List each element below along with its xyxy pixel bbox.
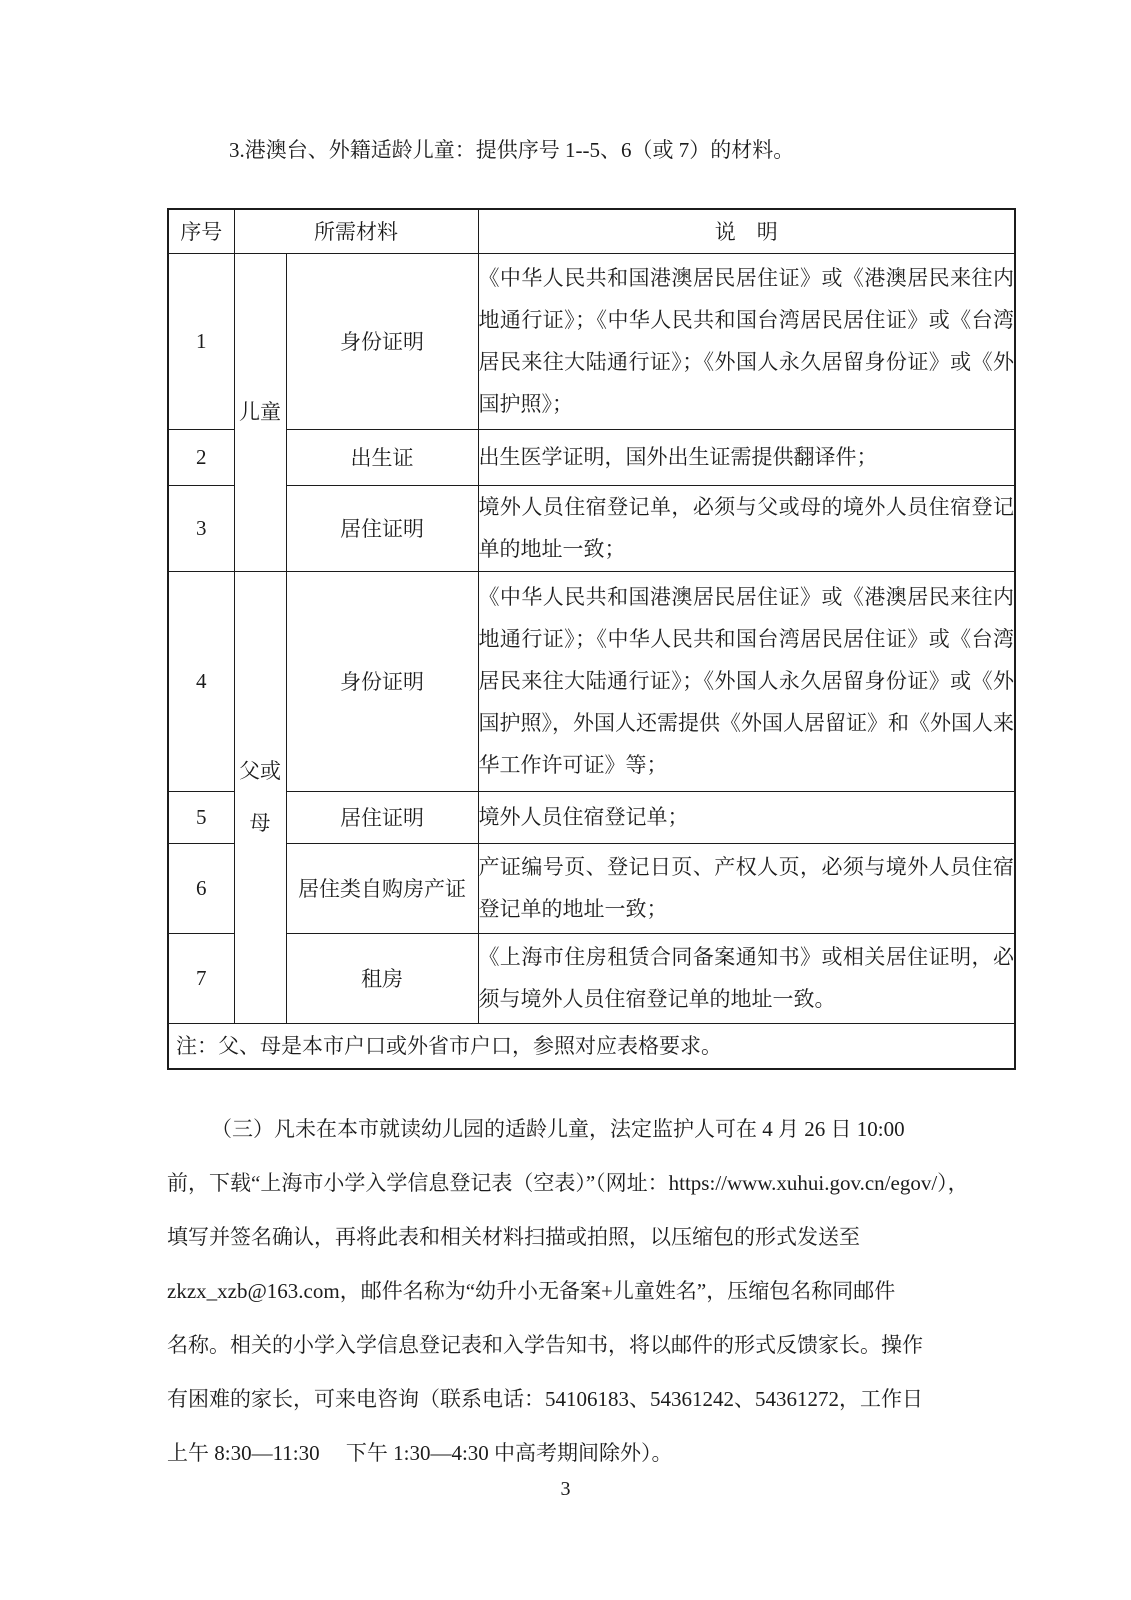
materials-table: 序号 所需材料 说 明 1 儿童 身份证明 《中华人民共和国港澳居民居住证》或《…	[167, 208, 1016, 1070]
group-cell-parent: 父或母	[234, 571, 286, 1023]
paragraph: （三）凡未在本市就读幼儿园的适龄儿童，法定监护人可在 4 月 26 日 10:0…	[167, 1102, 1014, 1480]
paragraph-line: 名称。相关的小学入学信息登记表和入学告知书，将以邮件的形式反馈家长。操作	[167, 1318, 1014, 1372]
description-cell: 境外人员住宿登记单，必须与父或母的境外人员住宿登记单的地址一致；	[478, 485, 1015, 571]
paragraph-line: 填写并签名确认，再将此表和相关材料扫描或拍照，以压缩包的形式发送至	[167, 1210, 1014, 1264]
material-cell: 居住类自购房产证	[286, 843, 478, 933]
description-cell: 出生医学证明，国外出生证需提供翻译件；	[478, 429, 1015, 485]
material-cell: 居住证明	[286, 791, 478, 843]
table-note-row: 注：父、母是本市户口或外省市户口，参照对应表格要求。	[168, 1023, 1015, 1069]
material-cell: 出生证	[286, 429, 478, 485]
document-page: 3.港澳台、外籍适龄儿童：提供序号 1--5、6（或 7）的材料。 序号 所需材…	[167, 0, 1014, 1480]
description-cell: 《中华人民共和国港澳居民居住证》或《港澳居民来往内地通行证》；《中华人民共和国台…	[478, 253, 1015, 429]
row-number-cell: 2	[168, 429, 234, 485]
table-row: 7 租房 《上海市住房租赁合同备案通知书》或相关居住证明，必须与境外人员住宿登记…	[168, 933, 1015, 1023]
note-cell: 注：父、母是本市户口或外省市户口，参照对应表格要求。	[168, 1023, 1015, 1069]
header-no: 序号	[168, 209, 234, 253]
material-cell: 身份证明	[286, 253, 478, 429]
table-row: 2 出生证 出生医学证明，国外出生证需提供翻译件；	[168, 429, 1015, 485]
table-header-row: 序号 所需材料 说 明	[168, 209, 1015, 253]
row-number-cell: 6	[168, 843, 234, 933]
header-desc: 说 明	[478, 209, 1015, 253]
row-number-cell: 5	[168, 791, 234, 843]
description-cell: 产证编号页、登记日页、产权人页，必须与境外人员住宿登记单的地址一致；	[478, 843, 1015, 933]
material-cell: 租房	[286, 933, 478, 1023]
material-cell: 身份证明	[286, 571, 478, 791]
paragraph-line: zkzx_xzb@163.com，邮件名称为“幼升小无备案+儿童姓名”，压缩包名…	[167, 1264, 1014, 1318]
table-row: 5 居住证明 境外人员住宿登记单；	[168, 791, 1015, 843]
intro-text: 3.港澳台、外籍适龄儿童：提供序号 1--5、6（或 7）的材料。	[167, 132, 1014, 168]
paragraph-line: 前，下载“上海市小学入学信息登记表（空表）”（网址：https://www.xu…	[167, 1156, 1014, 1210]
row-number-cell: 7	[168, 933, 234, 1023]
description-cell: 《上海市住房租赁合同备案通知书》或相关居住证明，必须与境外人员住宿登记单的地址一…	[478, 933, 1015, 1023]
group-cell-child: 儿童	[234, 253, 286, 571]
page-number: 3	[0, 1478, 1131, 1501]
row-number-cell: 1	[168, 253, 234, 429]
description-cell: 《中华人民共和国港澳居民居住证》或《港澳居民来往内地通行证》；《中华人民共和国台…	[478, 571, 1015, 791]
row-number-cell: 3	[168, 485, 234, 571]
material-cell: 居住证明	[286, 485, 478, 571]
paragraph-line: 有困难的家长，可来电咨询（联系电话：54106183、54361242、5436…	[167, 1372, 1014, 1426]
description-cell: 境外人员住宿登记单；	[478, 791, 1015, 843]
header-material: 所需材料	[234, 209, 478, 253]
paragraph-line: （三）凡未在本市就读幼儿园的适龄儿童，法定监护人可在 4 月 26 日 10:0…	[167, 1102, 1014, 1156]
table-row: 4 父或母 身份证明 《中华人民共和国港澳居民居住证》或《港澳居民来往内地通行证…	[168, 571, 1015, 791]
table-row: 1 儿童 身份证明 《中华人民共和国港澳居民居住证》或《港澳居民来往内地通行证》…	[168, 253, 1015, 429]
row-number-cell: 4	[168, 571, 234, 791]
table-row: 3 居住证明 境外人员住宿登记单，必须与父或母的境外人员住宿登记单的地址一致；	[168, 485, 1015, 571]
paragraph-line: 上午 8:30—11:30 下午 1:30—4:30 中高考期间除外）。	[167, 1426, 1014, 1480]
table-row: 6 居住类自购房产证 产证编号页、登记日页、产权人页，必须与境外人员住宿登记单的…	[168, 843, 1015, 933]
